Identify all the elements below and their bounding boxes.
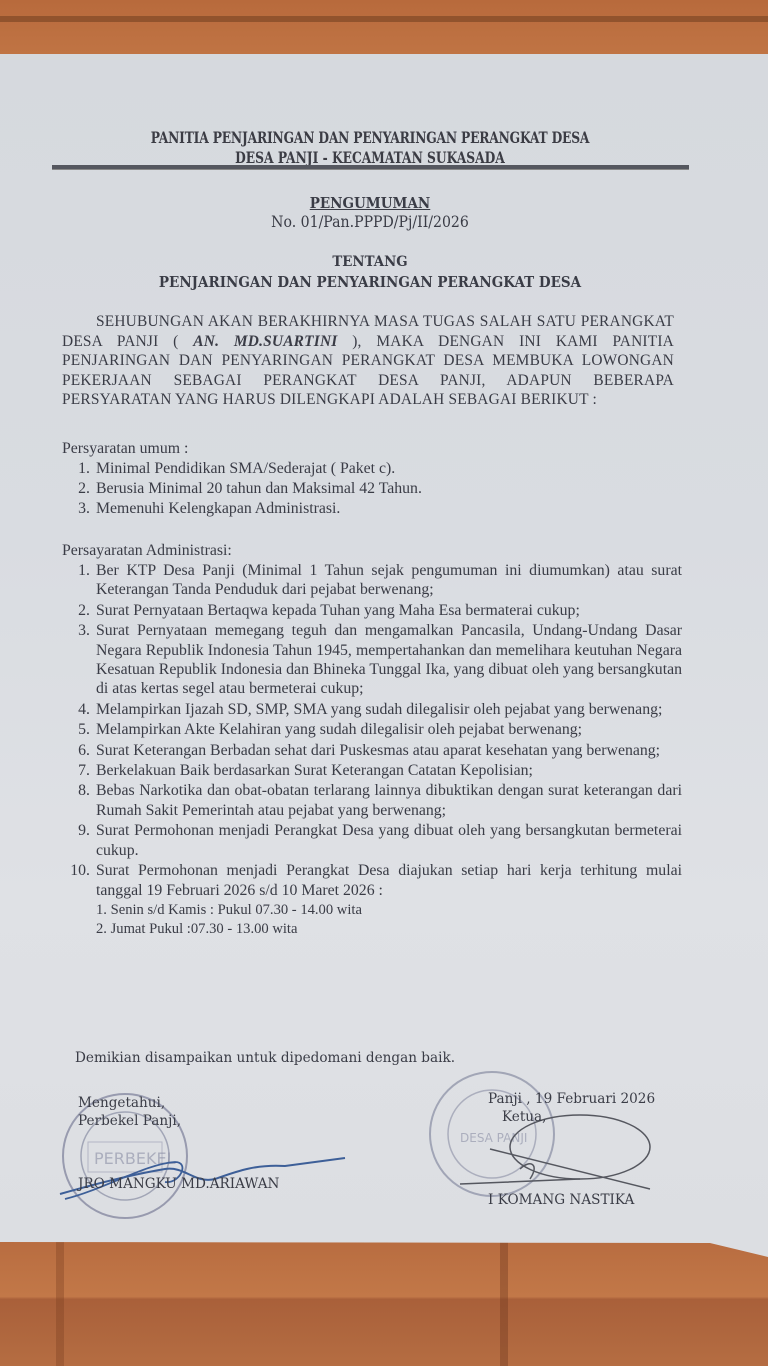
village-head-title: Perbekel Panji, bbox=[78, 1112, 279, 1130]
announcement-number: No. 01/Pan.PPPD/Pj/II/2026 bbox=[44, 212, 695, 231]
requirement-item: 3.Surat Pernyataan memegang teguh dan me… bbox=[62, 621, 682, 699]
announcement-title: PENGUMUMAN bbox=[37, 194, 703, 212]
requirement-number: 7. bbox=[62, 761, 90, 780]
requirement-item: 3.Memenuhi Kelengkapan Administrasi. bbox=[62, 499, 682, 519]
requirement-text: Surat Pernyataan memegang teguh dan meng… bbox=[96, 622, 682, 697]
requirement-item: 5.Melampirkan Akte Kelahiran yang sudah … bbox=[62, 720, 682, 739]
requirement-number: 1. bbox=[62, 561, 90, 580]
requirement-item: 1.Ber KTP Desa Panji (Minimal 1 Tahun se… bbox=[62, 561, 682, 600]
village-head-name: JRO MANGKU MD.ARIAWAN bbox=[78, 1175, 279, 1193]
village-head-signature-block: Mengetahui, Perbekel Panji, JRO MANGKU M… bbox=[78, 1094, 279, 1193]
chairman-signature-block: Panji , 19 Februari 2026 Ketua, I KOMANG… bbox=[488, 1090, 655, 1209]
requirement-number: 10. bbox=[62, 861, 90, 880]
requirement-text: Berkelakuan Baik berdasarkan Surat Keter… bbox=[96, 762, 533, 779]
requirement-item: 10.Surat Permohonan menjadi Perangkat De… bbox=[62, 861, 682, 900]
chairman-title: Ketua, bbox=[488, 1108, 655, 1126]
acknowledged-label: Mengetahui, bbox=[78, 1094, 279, 1112]
requirement-item: 2.Surat Pernyataan Bertaqwa kepada Tuhan… bbox=[62, 601, 682, 620]
requirement-text: Memenuhi Kelengkapan Administrasi. bbox=[96, 500, 340, 517]
requirement-text: Berusia Minimal 20 tahun dan Maksimal 42… bbox=[96, 480, 422, 497]
requirement-text: Surat Permohonan menjadi Perangkat Desa … bbox=[96, 822, 682, 858]
requirement-number: 9. bbox=[62, 821, 90, 840]
admin-requirements: Persayaratan Administrasi: 1.Ber KTP Des… bbox=[62, 541, 682, 939]
closing-statement: Demikian disampaikan untuk dipedomani de… bbox=[75, 1050, 455, 1066]
requirement-number: 2. bbox=[62, 479, 90, 499]
requirement-item: 9.Surat Permohonan menjadi Perangkat Des… bbox=[62, 821, 682, 860]
requirement-number: 8. bbox=[62, 781, 90, 800]
announcement-paper: PANITIA PENJARINGAN DAN PENYARINGAN PERA… bbox=[0, 54, 768, 1262]
about-label: TENTANG bbox=[19, 254, 722, 270]
requirement-item: 1.Minimal Pendidikan SMA/Sederajat ( Pak… bbox=[62, 459, 682, 479]
requirement-text: Surat Pernyataan Bertaqwa kepada Tuhan y… bbox=[96, 602, 580, 619]
intro-name: AN. MD.SUARTINI bbox=[193, 333, 337, 350]
requirement-number: 2. bbox=[62, 601, 90, 620]
requirement-text: Surat Keterangan Berbadan sehat dari Pus… bbox=[96, 742, 660, 759]
requirement-item: 2.Berusia Minimal 20 tahun dan Maksimal … bbox=[62, 479, 682, 499]
requirement-text: Minimal Pendidikan SMA/Sederajat ( Paket… bbox=[96, 460, 395, 477]
chairman-name: I KOMANG NASTIKA bbox=[488, 1191, 655, 1209]
requirement-number: 3. bbox=[62, 499, 90, 519]
intro-paragraph: SEHUBUNGAN AKAN BERAKHIRNYA MASA TUGAS S… bbox=[62, 312, 674, 410]
requirement-text: Bebas Narkotika dan obat-obatan terlaran… bbox=[96, 782, 682, 818]
requirement-item: 7.Berkelakuan Baik berdasarkan Surat Ket… bbox=[62, 761, 682, 780]
requirement-number: 1. bbox=[62, 459, 90, 479]
general-requirements-list: 1.Minimal Pendidikan SMA/Sederajat ( Pak… bbox=[62, 459, 682, 520]
requirement-item: 8.Bebas Narkotika dan obat-obatan terlar… bbox=[62, 781, 682, 820]
requirement-text: Ber KTP Desa Panji (Minimal 1 Tahun seja… bbox=[96, 562, 682, 598]
announcement-subject: PENJARINGAN DAN PENYARINGAN PERANGKAT DE… bbox=[26, 274, 714, 291]
schedule-line: 1. Senin s/d Kamis : Pukul 07.30 - 14.00… bbox=[96, 901, 682, 920]
wall-mortar-line bbox=[0, 16, 768, 22]
brick-wall-bottom bbox=[0, 1240, 768, 1366]
place-date: Panji , 19 Februari 2026 bbox=[488, 1090, 655, 1108]
requirement-item: 6.Surat Keterangan Berbadan sehat dari P… bbox=[62, 741, 682, 760]
requirement-text: Melampirkan Ijazah SD, SMP, SMA yang sud… bbox=[96, 701, 662, 718]
requirement-text: Melampirkan Akte Kelahiran yang sudah di… bbox=[96, 721, 582, 738]
requirement-number: 3. bbox=[62, 621, 90, 640]
requirement-number: 5. bbox=[62, 720, 90, 739]
requirement-item: 4.Melampirkan Ijazah SD, SMP, SMA yang s… bbox=[62, 700, 682, 719]
general-requirements: Persyaratan umum : 1.Minimal Pendidikan … bbox=[62, 439, 682, 520]
requirement-text: Surat Permohonan menjadi Perangkat Desa … bbox=[96, 862, 682, 898]
schedule-line: 2. Jumat Pukul :07.30 - 13.00 wita bbox=[96, 920, 682, 939]
admin-requirements-label: Persayaratan Administrasi: bbox=[62, 541, 682, 561]
general-requirements-label: Persyaratan umum : bbox=[62, 439, 682, 459]
submission-schedule: 1. Senin s/d Kamis : Pukul 07.30 - 14.00… bbox=[62, 901, 682, 939]
requirement-number: 4. bbox=[62, 700, 90, 719]
admin-requirements-list: 1.Ber KTP Desa Panji (Minimal 1 Tahun se… bbox=[62, 561, 682, 900]
header-committee: PANITIA PENJARINGAN DAN PENYARINGAN PERA… bbox=[44, 128, 695, 147]
requirement-number: 6. bbox=[62, 741, 90, 760]
header-divider bbox=[52, 165, 689, 170]
